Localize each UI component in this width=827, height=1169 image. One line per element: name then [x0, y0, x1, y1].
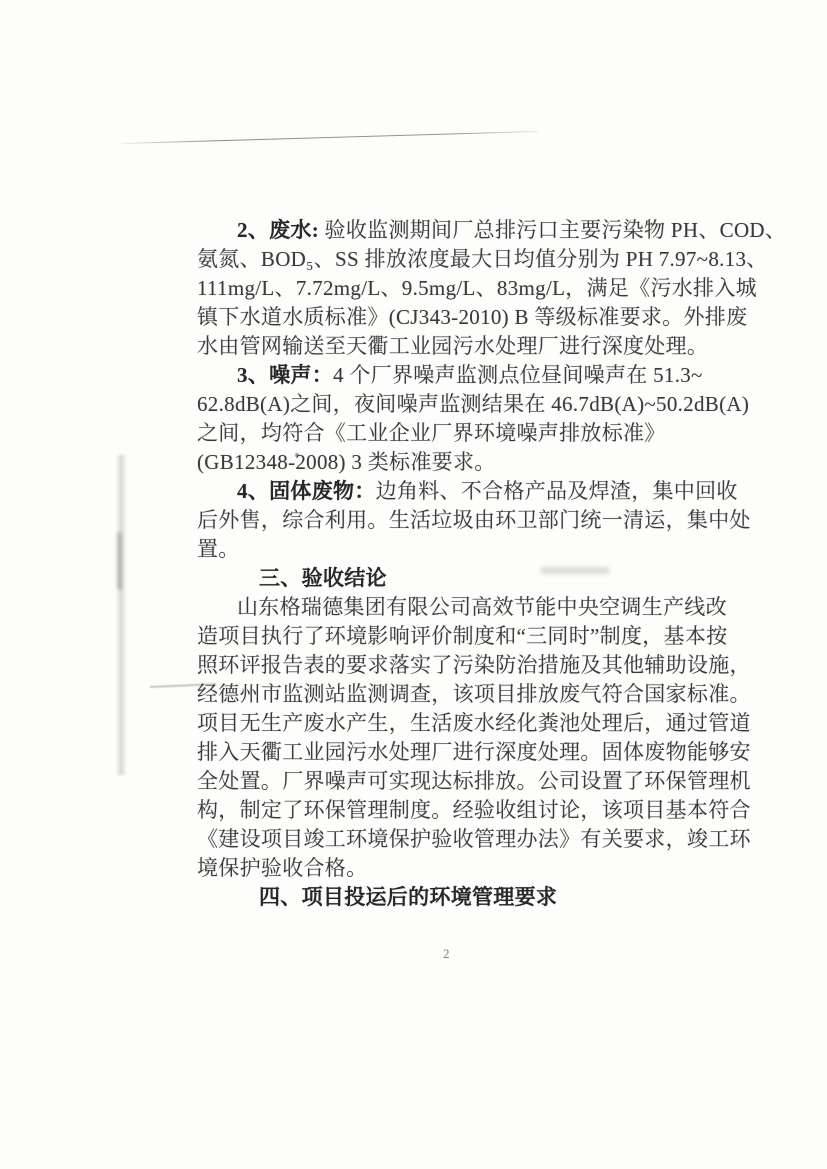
- text-line: 4、固体废物：边角料、不合格产品及焊渣，集中回收: [197, 477, 665, 506]
- text-line: 62.8dB(A)之间，夜间噪声监测结果在 46.7dB(A)~50.2dB(A…: [197, 390, 665, 419]
- line-lead-bold: 2、废水:: [237, 218, 319, 242]
- text-line: 山东格瑞德集团有限公司高效节能中央空调生产线改: [197, 593, 665, 622]
- text-line: 构，制定了环保管理制度。经验收组讨论，该项目基本符合: [197, 796, 665, 825]
- text-line: 经德州市监测站监测调查，该项目排放废气符合国家标准。: [197, 680, 665, 709]
- scan-crease-line: [122, 131, 538, 144]
- text-line: 造项目执行了环境影响评价制度和“三同时”制度，基本按: [197, 622, 665, 651]
- text-line: 3、噪声：4 个厂界噪声监测点位昼间噪声在 51.3~: [197, 361, 665, 390]
- page-number: 2: [443, 946, 450, 962]
- text-line: 后外售，综合利用。生活垃圾由环卫部门统一清运，集中处: [197, 506, 665, 535]
- text-line: 镇下水道水质标准》(CJ343-2010) B 等级标准要求。外排废: [197, 303, 665, 332]
- document-body: 2、废水: 验收监测期间厂总排污口主要污染物 PH、COD、氨氮、BOD₅、SS…: [197, 216, 665, 912]
- text-line: 2、废水: 验收监测期间厂总排污口主要污染物 PH、COD、: [197, 216, 665, 245]
- text-line: 境保护验收合格。: [197, 854, 665, 883]
- text-line: 置。: [197, 535, 665, 564]
- text-line: 排入天衢工业园污水处理厂进行深度处理。固体废物能够安: [197, 738, 665, 767]
- text-line: 之间，均符合《工业企业厂界环境噪声排放标准》: [197, 419, 665, 448]
- text-line: (GB12348-2008) 3 类标准要求。: [197, 448, 665, 477]
- scan-left-edge-smudge: [117, 532, 122, 590]
- text-line: 111mg/L、7.72mg/L、9.5mg/L、83mg/L，满足《污水排入城: [197, 274, 665, 303]
- scan-left-edge-shadow: [116, 455, 126, 775]
- text-line: 氨氮、BOD₅、SS 排放浓度最大日均值分别为 PH 7.97~8.13、: [197, 245, 665, 274]
- text-line: 水由管网输送至天衢工业园污水处理厂进行深度处理。: [197, 332, 665, 361]
- line-lead-bold: 4、固体废物：: [237, 479, 376, 503]
- section-heading: 三、验收结论: [197, 564, 665, 593]
- text-line: 项目无生产废水产生，生活废水经化粪池处理后，通过管道: [197, 709, 665, 738]
- text-line: 《建设项目竣工环境保护验收管理办法》有关要求，竣工环: [197, 825, 665, 854]
- text-line: 全处置。厂界噪声可实现达标排放。公司设置了环保管理机: [197, 767, 665, 796]
- scanned-document-page: 2、废水: 验收监测期间厂总排污口主要污染物 PH、COD、氨氮、BOD₅、SS…: [0, 0, 827, 1169]
- section-heading: 四、项目投运后的环境管理要求: [197, 883, 665, 912]
- line-lead-bold: 3、噪声：: [237, 363, 333, 387]
- text-line: 照环评报告表的要求落实了污染防治措施及其他辅助设施，: [197, 651, 665, 680]
